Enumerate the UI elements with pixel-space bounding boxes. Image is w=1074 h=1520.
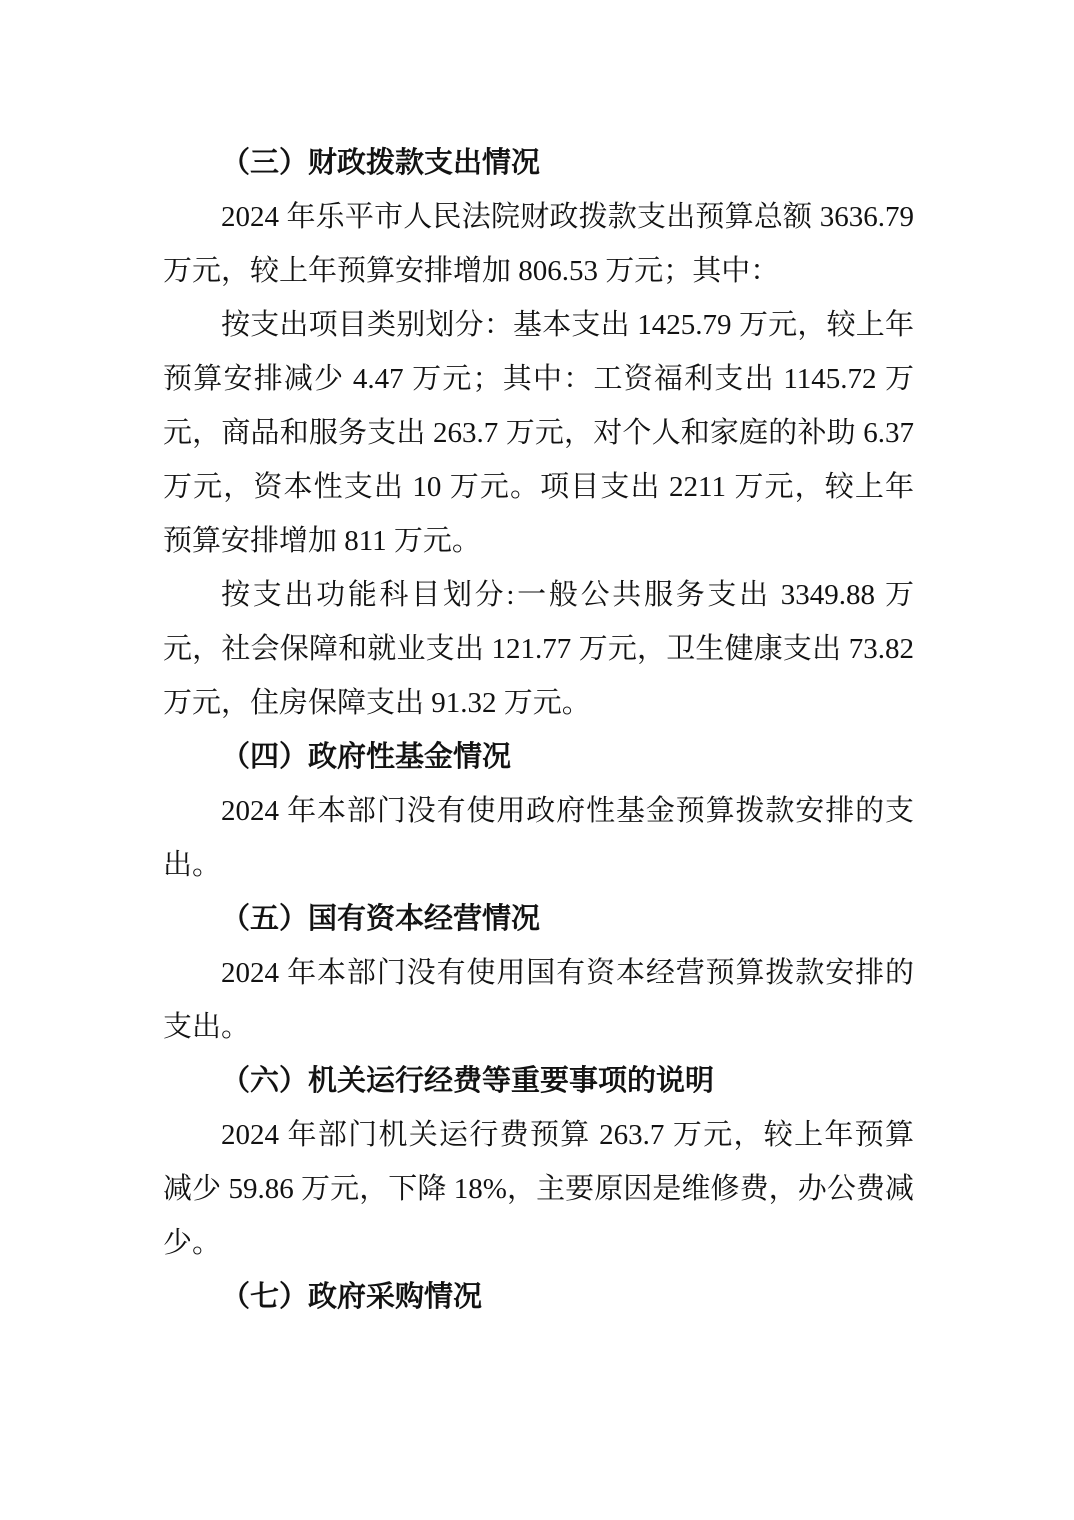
paragraph-state-capital-statement: 2024 年本部门没有使用国有资本经营预算拨款安排的支出。 bbox=[163, 946, 914, 1054]
paragraph-operating-expenses-statement: 2024 年部门机关运行费预算 263.7 万元，较上年预算减少 59.86 万… bbox=[163, 1108, 914, 1270]
section-heading-government-procurement: （七）政府采购情况 bbox=[163, 1270, 914, 1324]
section-heading-state-capital-operation: （五）国有资本经营情况 bbox=[163, 892, 914, 946]
paragraph-expenditure-by-item-category: 按支出项目类别划分：基本支出 1425.79 万元，较上年预算安排减少 4.47… bbox=[163, 298, 914, 568]
section-heading-fiscal-appropriation-expenditure: （三）财政拨款支出情况 bbox=[163, 136, 914, 190]
section-heading-agency-operating-expenses: （六）机关运行经费等重要事项的说明 bbox=[163, 1054, 914, 1108]
document-page: （三）财政拨款支出情况 2024 年乐平市人民法院财政拨款支出预算总额 3636… bbox=[0, 0, 1074, 1520]
section-heading-government-funds: （四）政府性基金情况 bbox=[163, 730, 914, 784]
paragraph-government-funds-statement: 2024 年本部门没有使用政府性基金预算拨款安排的支出。 bbox=[163, 784, 914, 892]
paragraph-total-expenditure-budget: 2024 年乐平市人民法院财政拨款支出预算总额 3636.79 万元，较上年预算… bbox=[163, 190, 914, 298]
paragraph-expenditure-by-function: 按支出功能科目划分:一般公共服务支出 3349.88 万元，社会保障和就业支出 … bbox=[163, 568, 914, 730]
